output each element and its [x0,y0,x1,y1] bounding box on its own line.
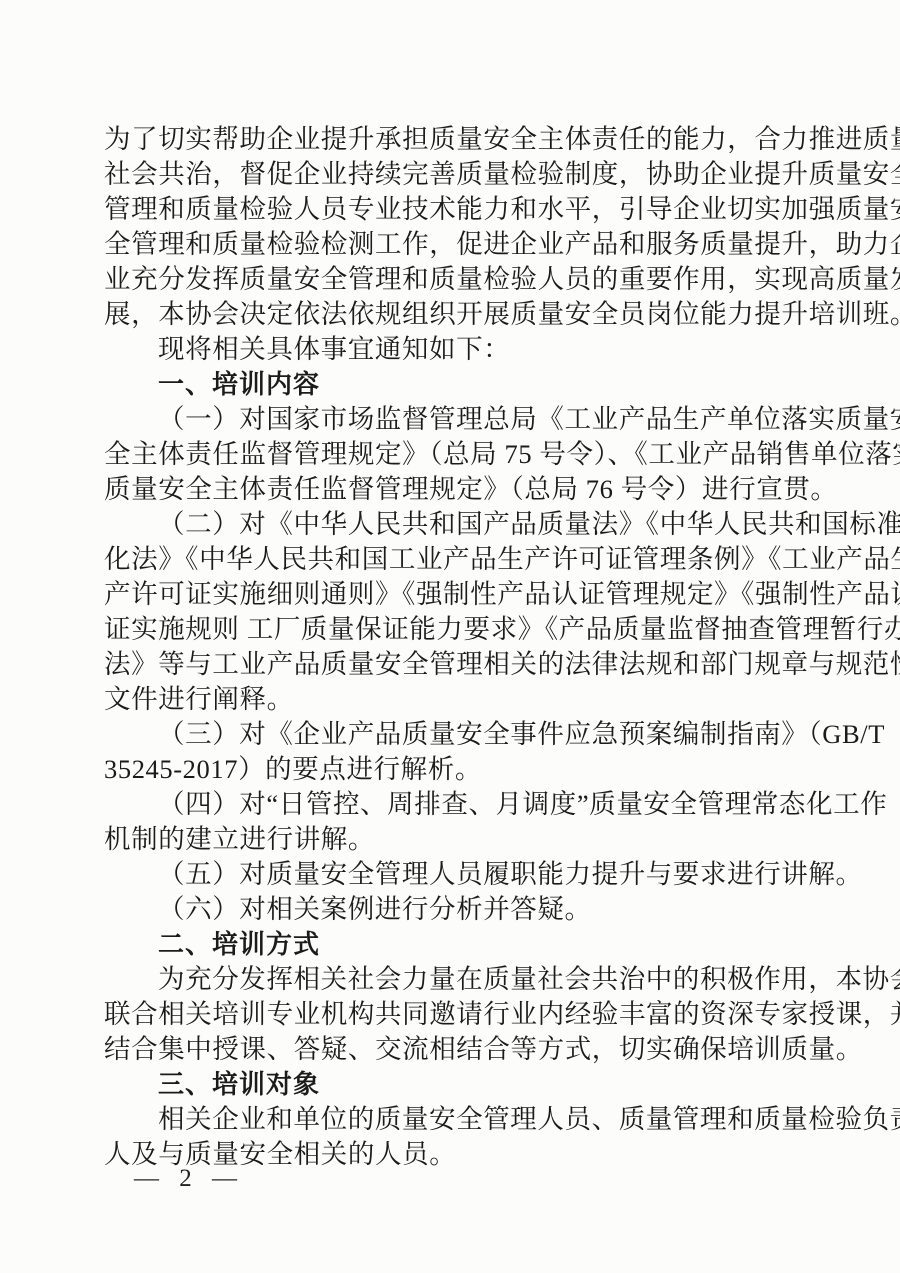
paragraph-line: 质量安全主体责任监督管理规定》（总局 76 号令）进行宣贯。 [104,472,816,507]
paragraph-line: （四）对“日管控、周排查、月调度”质量安全管理常态化工作 [104,787,816,822]
document-page: 为了切实帮助企业提升承担质量安全主体责任的能力，合力推进质量 社会共治，督促企业… [0,0,900,1273]
document-body: 为了切实帮助企业提升承担质量安全主体责任的能力，合力推进质量 社会共治，督促企业… [104,122,816,1172]
paragraph-line: 业充分发挥质量安全管理和质量检验人员的重要作用，实现高质量发 [104,262,816,297]
paragraph-line: （五）对质量安全管理人员履职能力提升与要求进行讲解。 [104,857,816,892]
paragraph-line: 管理和质量检验人员专业技术能力和水平，引导企业切实加强质量安 [104,192,816,227]
paragraph-line: （六）对相关案例进行分析并答疑。 [104,892,816,927]
paragraph-line: 相关企业和单位的质量安全管理人员、质量管理和质量检验负责 [104,1102,816,1137]
paragraph-line: 机制的建立进行讲解。 [104,822,816,857]
section-heading-training-method: 二、培训方式 [104,927,816,962]
paragraph-line: 为了切实帮助企业提升承担质量安全主体责任的能力，合力推进质量 [104,122,816,157]
paragraph-line: 全主体责任监督管理规定》（总局 75 号令）、《工业产品销售单位落实 [104,437,816,472]
paragraph-line: 化法》《中华人民共和国工业产品生产许可证管理条例》《工业产品生 [104,542,816,577]
section-heading-training-content: 一、培训内容 [104,367,816,402]
paragraph-line: 文件进行阐释。 [104,682,816,717]
paragraph-line: 法》等与工业产品质量安全管理相关的法律法规和部门规章与规范性 [104,647,816,682]
paragraph-line: （二）对《中华人民共和国产品质量法》《中华人民共和国标准 [104,507,816,542]
page-number: — 2 — [134,1165,244,1193]
paragraph-line: （三）对《企业产品质量安全事件应急预案编制指南》（GB/T [104,717,816,752]
paragraph-line: 联合相关培训专业机构共同邀请行业内经验丰富的资深专家授课，并 [104,997,816,1032]
paragraph-line: 为充分发挥相关社会力量在质量社会共治中的积极作用，本协会 [104,962,816,997]
paragraph-line: 现将相关具体事宜通知如下： [104,332,816,367]
paragraph-line: 全管理和质量检验检测工作，促进企业产品和服务质量提升，助力企 [104,227,816,262]
paragraph-line: （一）对国家市场监督管理总局《工业产品生产单位落实质量安 [104,402,816,437]
paragraph-line: 证实施规则 工厂质量保证能力要求》《产品质量监督抽查管理暂行办 [104,612,816,647]
paragraph-line: 展，本协会决定依法依规组织开展质量安全员岗位能力提升培训班。 [104,297,816,332]
paragraph-line: 35245-2017）的要点进行解析。 [104,752,816,787]
paragraph-line: 产许可证实施细则通则》《强制性产品认证管理规定》《强制性产品认 [104,577,816,612]
paragraph-line: 结合集中授课、答疑、交流相结合等方式，切实确保培训质量。 [104,1032,816,1067]
paragraph-line: 社会共治，督促企业持续完善质量检验制度，协助企业提升质量安全 [104,157,816,192]
section-heading-training-audience: 三、培训对象 [104,1067,816,1102]
